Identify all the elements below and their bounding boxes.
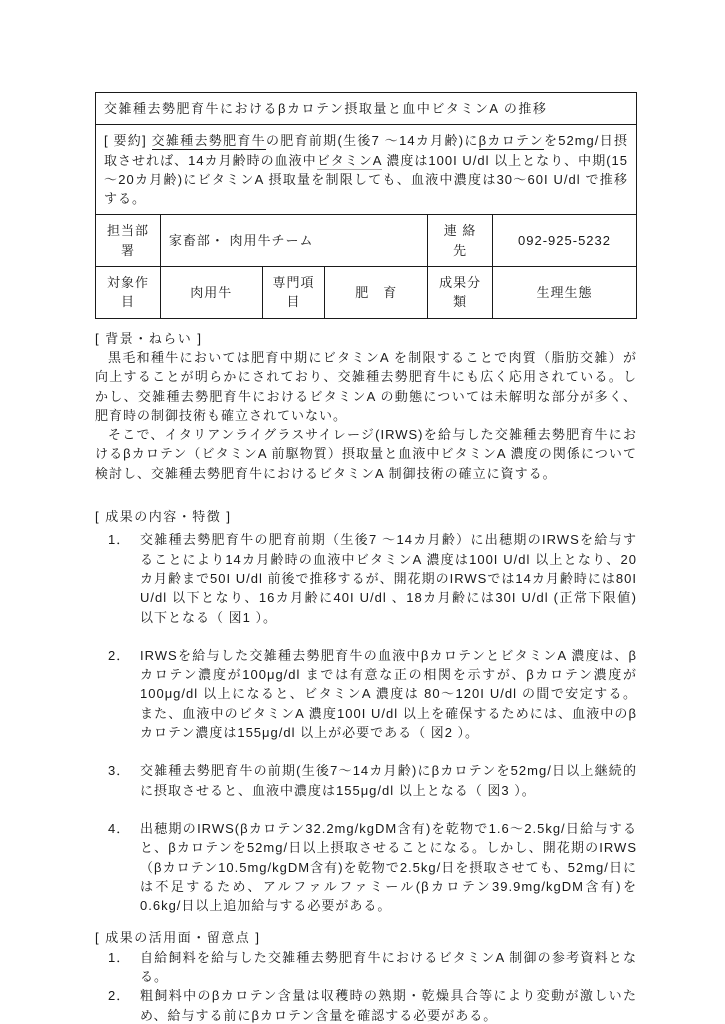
note-item-1-text: 自給飼料を給与した交雑種去勢肥育牛におけるビタミンA 制御の参考資料となる。 xyxy=(140,948,637,987)
background-paragraph-1: 黒毛和種牛においては肥育中期にビタミンA を制限することで肉質（脂肪交雑）が向上… xyxy=(95,348,637,425)
note-item-2-number: 2． xyxy=(108,986,140,1024)
feature-item-3-text: 交雑種去勢肥育牛の前期(生後7～14カ月齢)にβカロテンを52mg/日以上継続的… xyxy=(140,761,637,800)
section-notes: [ 成果の活用面・留意点 ] 1． 自給飼料を給与した交雑種去勢肥育牛におけるビ… xyxy=(95,928,637,1024)
feature-item-3-number: 3． xyxy=(108,761,140,800)
document-page: 交雑種去勢肥育牛におけるβカロテン摂取量と血中ビタミンA の推移 [ 要約] 交… xyxy=(0,0,725,1024)
note-item-1-number: 1． xyxy=(108,948,140,987)
feature-item-1-number: 1． xyxy=(108,530,140,626)
specialty-label: 専門項目 xyxy=(262,267,325,319)
background-paragraph-2: そこで、イタリアンライグラスサイレージ(IRWS)を給与した交雑種去勢肥育牛にお… xyxy=(95,425,637,483)
document-summary: [ 要約] 交雑種去勢肥育牛の肥育前期(生後7 ～14カ月齢)にβカロテンを52… xyxy=(96,125,637,215)
feature-item-4: 4． 出穂期のIRWS(βカロテン32.2mg/kgDM含有)を乾物で1.6～2… xyxy=(108,819,637,915)
department-value: 家畜部・ 肉用牛チーム xyxy=(160,215,427,267)
result-category-value: 生理生態 xyxy=(493,267,637,319)
result-category-label: 成果分類 xyxy=(428,267,493,319)
note-item-2: 2． 粗飼料中のβカロテン含量は収穫時の熟期・乾燥具合等により変動が激しいため、… xyxy=(108,986,637,1024)
target-crop-label: 対象作目 xyxy=(96,267,161,319)
note-item-2-text: 粗飼料中のβカロテン含量は収穫時の熟期・乾燥具合等により変動が激しいため、給与す… xyxy=(140,986,637,1024)
feature-item-1-text: 交雑種去勢肥育牛の肥育前期（生後7 ～14カ月齢）に出穂期のIRWSを給与するこ… xyxy=(140,530,637,626)
feature-item-2-text: IRWSを給与した交雑種去勢肥育牛の血液中βカロテンとビタミンA 濃度は、βカロ… xyxy=(140,646,637,742)
feature-item-2: 2． IRWSを給与した交雑種去勢肥育牛の血液中βカロテンとビタミンA 濃度は、… xyxy=(108,646,637,742)
background-heading: [ 背景・ねらい ] xyxy=(95,329,637,348)
feature-item-1: 1． 交雑種去勢肥育牛の肥育前期（生後7 ～14カ月齢）に出穂期のIRWSを給与… xyxy=(108,530,637,626)
notes-heading: [ 成果の活用面・留意点 ] xyxy=(95,928,637,947)
feature-item-3: 3． 交雑種去勢肥育牛の前期(生後7～14カ月齢)にβカロテンを52mg/日以上… xyxy=(108,761,637,800)
feature-item-4-text: 出穂期のIRWS(βカロテン32.2mg/kgDM含有)を乾物で1.6～2.5k… xyxy=(140,819,637,915)
section-background: [ 背景・ねらい ] 黒毛和種牛においては肥育中期にビタミンA を制限することで… xyxy=(95,329,637,483)
target-crop-value: 肉用牛 xyxy=(160,267,262,319)
feature-item-2-number: 2． xyxy=(108,646,140,742)
note-item-1: 1． 自給飼料を給与した交雑種去勢肥育牛におけるビタミンA 制御の参考資料となる… xyxy=(108,948,637,987)
document-title: 交雑種去勢肥育牛におけるβカロテン摂取量と血中ビタミンA の推移 xyxy=(96,93,637,125)
feature-item-4-number: 4． xyxy=(108,819,140,915)
department-label: 担当部署 xyxy=(96,215,161,267)
summary-table: 交雑種去勢肥育牛におけるβカロテン摂取量と血中ビタミンA の推移 [ 要約] 交… xyxy=(95,92,637,319)
specialty-value: 肥 育 xyxy=(325,267,428,319)
contact-value: 092-925-5232 xyxy=(493,215,637,267)
features-heading: [ 成果の内容・特徴 ] xyxy=(95,507,637,526)
section-features: [ 成果の内容・特徴 ] 1． 交雑種去勢肥育牛の肥育前期（生後7 ～14カ月齢… xyxy=(95,507,637,915)
contact-label: 連 絡 先 xyxy=(428,215,493,267)
